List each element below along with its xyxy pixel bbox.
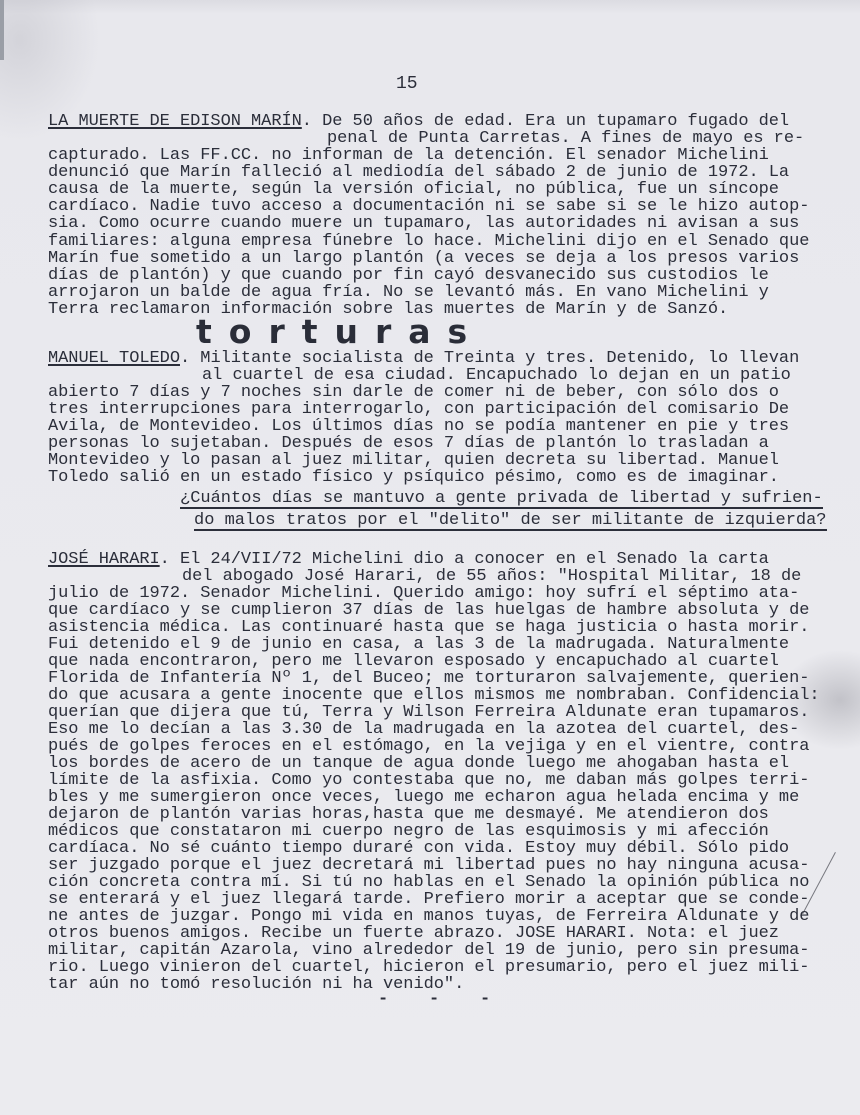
paragraph-line: familiares: alguna empresa fúnebre lo ha… [48,233,809,250]
paragraph-line: cardíaca. No sé cuánto tiempo duraré con… [48,840,789,857]
paragraph-line: cardíaco. Nadie tuvo acceso a documentac… [48,198,809,215]
paragraph-line: ne antes de juzgar. Pongo mi vida en man… [48,908,809,925]
page-edge-shadow [0,0,4,60]
paragraph-line: capturado. Las FF.CC. no informan de la … [48,147,769,164]
paragraph-line: rio. Luego vinieron del cuartel, hiciero… [48,959,809,976]
section-first-line: JOSÉ HARARI. El 24/VII/72 Michelini dio … [48,551,769,568]
paragraph-line: Montevideo y lo pasan al juez militar, q… [48,452,779,469]
paragraph-line: del abogado José Harari, de 55 años: "Ho… [182,568,801,585]
paragraph-line: bles y me sumergieron once veces, luego … [48,789,799,806]
paragraph-line: causa de la muerte, según la versión ofi… [48,181,779,198]
paragraph-line: que nada encontraron, pero me llevaron e… [48,653,779,670]
paragraph-line: Marín fue sometido a un largo plantón (a… [48,250,799,267]
section-first-line: MANUEL TOLEDO. Militante socialista de T… [48,350,799,367]
page-number: 15 [396,74,418,94]
paragraph-line: querían que dijera que tú, Terra y Wilso… [48,704,809,721]
paragraph-line: al cuartel de esa ciudad. Encapuchado lo… [202,367,791,384]
paragraph-line: tres interrupciones para interrogarlo, c… [48,401,789,418]
paragraph-line: los bordes de acero de un tanque de agua… [48,755,789,772]
section-heading: MANUEL TOLEDO [48,349,180,368]
paragraph-line: Florida de Infantería Nº 1, del Buceo; m… [48,670,809,687]
paragraph-line: sia. Como ocurre cuando muere un tupamar… [48,215,799,232]
paragraph-line: otros buenos amigos. Recibe un fuerte ab… [48,925,779,942]
end-marks: - - - [378,990,490,1009]
paragraph-line: do que acusara a gente inocente que ello… [48,687,820,704]
section-heading: LA MUERTE DE EDISON MARÍN [48,112,302,131]
question-line: ¿Cuántos días se mantuvo a gente privada… [180,490,823,509]
paragraph-line: penal de Punta Carretas. A fines de mayo… [327,130,804,147]
paragraph-line: personas lo sujetaban. Después de esos 7… [48,435,769,452]
paragraph-line: ción concreta contra mí. Si tú no hablas… [48,874,809,891]
paragraph-line: que cardíaco y se cumplieron 37 días de … [48,602,809,619]
paragraph-line: Eso me lo decían a las 3.30 de la madrug… [48,721,799,738]
paragraph-line: límite de la asfixia. Como yo contestaba… [48,772,809,789]
paragraph-line: se enterará y el juez llegará tarde. Pre… [48,891,809,908]
paragraph-line: julio de 1972. Senador Michelini. Querid… [48,585,799,602]
paragraph-line: denunció que Marín falleció al mediodía … [48,164,789,181]
section-first-line: LA MUERTE DE EDISON MARÍN. De 50 años de… [48,113,789,130]
paragraph-line: Toledo salió en un estado físico y psíqu… [48,469,779,486]
section-heading: JOSÉ HARARI [48,550,160,569]
scanned-page: 15 LA MUERTE DE EDISON MARÍN. De 50 años… [0,0,860,1115]
paragraph-line: abierto 7 días y 7 noches sin darle de c… [48,384,779,401]
paragraph-line: días de plantón) y que cuando por fin ca… [48,267,769,284]
section-title: torturas [196,312,484,351]
paragraph-line: ser juzgado porque el juez decretará mi … [48,857,809,874]
paragraph-line: Fui detenido el 9 de junio en casa, a la… [48,636,789,653]
paragraph-line: médicos que constataron mi cuerpo negro … [48,823,769,840]
paragraph-line: dejaron de plantón varias horas,hasta qu… [48,806,769,823]
paragraph-line: asistencia médica. Las continuaré hasta … [48,619,809,636]
paragraph-line: pués de golpes feroces en el estómago, e… [48,738,809,755]
paragraph-line: Avila, de Montevideo. Los últimos días n… [48,418,789,435]
question-line: do malos tratos por el "delito" de ser m… [194,512,827,531]
paragraph-line: militar, capitán Azarola, vino alrededor… [48,942,809,959]
paragraph-line: arrojaron un balde de agua fría. No se l… [48,284,769,301]
